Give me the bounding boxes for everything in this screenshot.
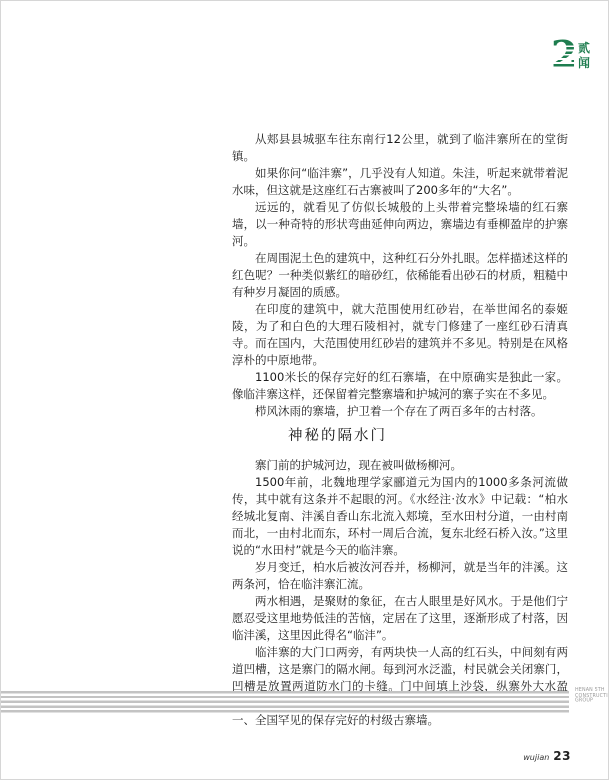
brand-line: GROUP (575, 699, 607, 704)
section-badge: 2 贰 闻 (551, 41, 596, 83)
paragraph: 远远的，就看见了仿似长城般的上头带着完整垛墙的红石寨墙，以一种奇特的形状弯曲延伸… (232, 199, 568, 250)
paragraph: 1100米长的保存完好的红石寨墙，在中原确实是独此一家。像临沣寨这样，还保留着完… (232, 369, 568, 403)
magazine-page: 2 贰 闻 从郏县县城驱车往东南行12公里，就到了临沣寨所在的堂街镇。 如果你问… (0, 0, 609, 780)
brand-block: HENAN 5TH CONSTRUCTION GROUP (575, 688, 607, 704)
paragraph: 寨门前的护城河边，现在被叫做杨柳河。 (232, 457, 568, 474)
section-char-top: 贰 (578, 41, 590, 56)
paragraph: 如果你问“临沣寨”，几乎没有人知道。朱洼，听起来就带着泥水味，但这就是这座红石古… (232, 165, 568, 199)
paragraph: 岁月变迁，柏水后被汝河吞并，杨柳河，就是当年的沣溪。这两条河，恰在临沣寨汇流。 (232, 559, 568, 593)
paragraph: 1500年前，北魏地理学家郦道元为国内的1000多条河流做传，其中就有这条并不起… (232, 474, 568, 559)
section-char-bottom: 闻 (578, 56, 590, 71)
article-body: 从郏县县城驱车往东南行12公里，就到了临沣寨所在的堂街镇。 如果你问“临沣寨”，… (232, 131, 568, 729)
paragraph: 两水相遇，是聚财的象征，在古人眼里是好风水。于是他们宁愿忍受这里地势低洼的苦恼，… (232, 593, 568, 644)
section-heading: 神秘的隔水门 (288, 427, 568, 445)
paragraph: 临沣寨的大门口两旁，有两块快一人高的红石头，中间刻有两道凹槽，这是寨门的隔水闸。… (232, 644, 568, 729)
paragraph: 栉风沐雨的寨墙，护卫着一个存在了两百多年的古村落。 (232, 403, 568, 420)
paragraph: 在印度的建筑中，就大范围使用红砂岩，在举世闻名的泰姬陵，为了和白色的大理石陵相衬… (232, 301, 568, 369)
page-footer: wujian 23 (523, 749, 571, 763)
magazine-name: wujian (523, 753, 549, 762)
page-number: 23 (553, 749, 571, 763)
paragraph: 在周围泥土色的建筑中，这种红石分外扎眼。怎样描述这样的红色呢？一种类似紫红的暗砂… (232, 250, 568, 301)
paragraph: 从郏县县城驱车往东南行12公里，就到了临沣寨所在的堂街镇。 (232, 131, 568, 165)
footer-rule-lines (1, 691, 569, 714)
section-number: 2 (551, 31, 577, 79)
